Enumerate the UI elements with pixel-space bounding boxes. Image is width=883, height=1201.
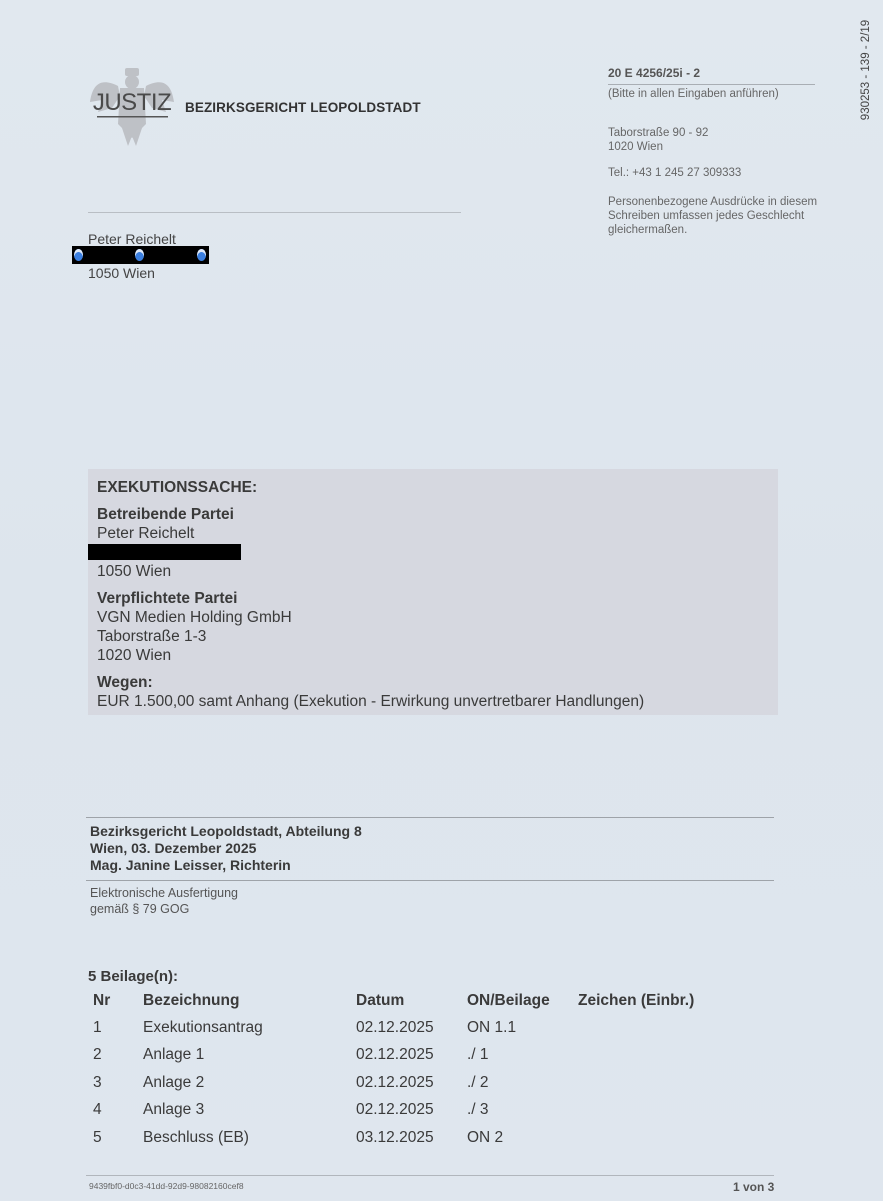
electronic-copy-line1: Elektronische Ausfertigung <box>90 885 238 901</box>
handle-dot-icon[interactable] <box>197 249 206 261</box>
table-cell: ./ 3 <box>467 1097 578 1125</box>
subject-label: Wegen: <box>97 674 153 692</box>
defendant-label: Verpflichtete Partei <box>97 590 237 608</box>
signature-block: Bezirksgericht Leopoldstadt, Abteilung 8… <box>90 823 362 874</box>
table-cell <box>578 1042 718 1070</box>
table-cell: 02.12.2025 <box>356 1069 467 1097</box>
table-cell: 5 <box>88 1124 143 1152</box>
column-header: Zeichen (Einbr.) <box>578 987 718 1014</box>
document-id: 9439fbf0-d0c3-41dd-92d9-98082160cef8 <box>89 1181 244 1191</box>
attachments-title: 5 Beilage(n): <box>88 968 178 985</box>
subject-text: EUR 1.500,00 samt Anhang (Exekution - Er… <box>97 693 644 711</box>
table-cell: 2 <box>88 1042 143 1070</box>
table-header-row: Nr Bezeichnung Datum ON/Beilage Zeichen … <box>88 987 718 1014</box>
table-cell: ON 2 <box>467 1124 578 1152</box>
table-cell: 4 <box>88 1097 143 1125</box>
side-reference-text: 930253 - 139 - 2/19 <box>860 20 872 120</box>
table-cell: Exekutionsantrag <box>143 1014 356 1042</box>
court-phone: Tel.: +43 1 245 27 309333 <box>608 167 741 179</box>
case-title: EXEKUTIONSSACHE: <box>97 479 257 497</box>
attachments-table: Nr Bezeichnung Datum ON/Beilage Zeichen … <box>88 987 718 1152</box>
table-cell: Anlage 1 <box>143 1042 356 1070</box>
document-page: JUSTIZ BEZIRKSGERICHT LEOPOLDSTADT 20 E … <box>0 0 883 1201</box>
electronic-copy-line2: gemäß § 79 GOG <box>90 901 238 917</box>
table-cell: Anlage 3 <box>143 1097 356 1125</box>
side-reference: 930253 - 139 - 2/19 <box>852 10 880 130</box>
svg-text:JUSTIZ: JUSTIZ <box>93 89 171 116</box>
electronic-copy-note: Elektronische Ausfertigung gemäß § 79 GO… <box>90 885 238 917</box>
handle-dot-icon[interactable] <box>74 249 83 261</box>
divider <box>86 880 774 881</box>
signature-date: Wien, 03. Dezember 2025 <box>90 840 362 857</box>
table-row: 5Beschluss (EB)03.12.2025ON 2 <box>88 1124 718 1152</box>
table-cell: 3 <box>88 1069 143 1097</box>
defendant-name: VGN Medien Holding GmbH <box>97 609 292 627</box>
address-window-line <box>88 212 461 213</box>
handle-dot-icon[interactable] <box>135 249 144 261</box>
recipient-name: Peter Reichelt <box>88 231 176 247</box>
redacted-plaintiff-street <box>88 544 241 560</box>
plaintiff-name: Peter Reichelt <box>97 525 194 543</box>
divider <box>86 817 774 818</box>
table-cell: Beschluss (EB) <box>143 1124 356 1152</box>
table-cell <box>578 1069 718 1097</box>
table-cell: ./ 2 <box>467 1069 578 1097</box>
court-city: 1020 Wien <box>608 140 708 154</box>
plaintiff-label: Betreibende Partei <box>97 506 234 524</box>
table-cell: 03.12.2025 <box>356 1124 467 1152</box>
table-row: 3Anlage 202.12.2025./ 2 <box>88 1069 718 1097</box>
divider <box>86 1175 774 1176</box>
table-cell <box>578 1014 718 1042</box>
redacted-street <box>72 246 209 264</box>
table-row: 1Exekutionsantrag02.12.2025ON 1.1 <box>88 1014 718 1042</box>
defendant-city: 1020 Wien <box>97 647 171 665</box>
divider <box>608 84 815 85</box>
table-cell: 02.12.2025 <box>356 1097 467 1125</box>
case-info-box: EXEKUTIONSSACHE: Betreibende Partei Pete… <box>88 469 778 715</box>
page-number: 1 von 3 <box>733 1180 774 1194</box>
table-cell <box>578 1124 718 1152</box>
table-cell: ON 1.1 <box>467 1014 578 1042</box>
signature-department: Bezirksgericht Leopoldstadt, Abteilung 8 <box>90 823 362 840</box>
column-header: Nr <box>88 987 143 1014</box>
plaintiff-city: 1050 Wien <box>97 563 171 581</box>
table-cell: ./ 1 <box>467 1042 578 1070</box>
signature-judge: Mag. Janine Leisser, Richterin <box>90 857 362 874</box>
table-cell: 02.12.2025 <box>356 1042 467 1070</box>
column-header: ON/Beilage <box>467 987 578 1014</box>
case-number: 20 E 4256/25i - 2 <box>608 66 700 80</box>
table-cell: Anlage 2 <box>143 1069 356 1097</box>
table-cell: 1 <box>88 1014 143 1042</box>
table-row: 4Anlage 302.12.2025./ 3 <box>88 1097 718 1125</box>
justiz-eagle-logo: JUSTIZ <box>88 66 176 148</box>
case-number-hint: (Bitte in allen Eingaben anführen) <box>608 88 779 100</box>
court-street: Taborstraße 90 - 92 <box>608 126 708 140</box>
recipient-city: 1050 Wien <box>88 265 155 281</box>
table-cell <box>578 1097 718 1125</box>
table-row: 2Anlage 102.12.2025./ 1 <box>88 1042 718 1070</box>
column-header: Bezeichnung <box>143 987 356 1014</box>
gender-note: Personenbezogene Ausdrücke in diesem Sch… <box>608 195 818 237</box>
eagle-icon: JUSTIZ <box>88 66 176 148</box>
defendant-street: Taborstraße 1-3 <box>97 628 206 646</box>
court-name: BEZIRKSGERICHT LEOPOLDSTADT <box>185 100 421 115</box>
column-header: Datum <box>356 987 467 1014</box>
table-cell: 02.12.2025 <box>356 1014 467 1042</box>
court-address: Taborstraße 90 - 92 1020 Wien <box>608 126 708 154</box>
